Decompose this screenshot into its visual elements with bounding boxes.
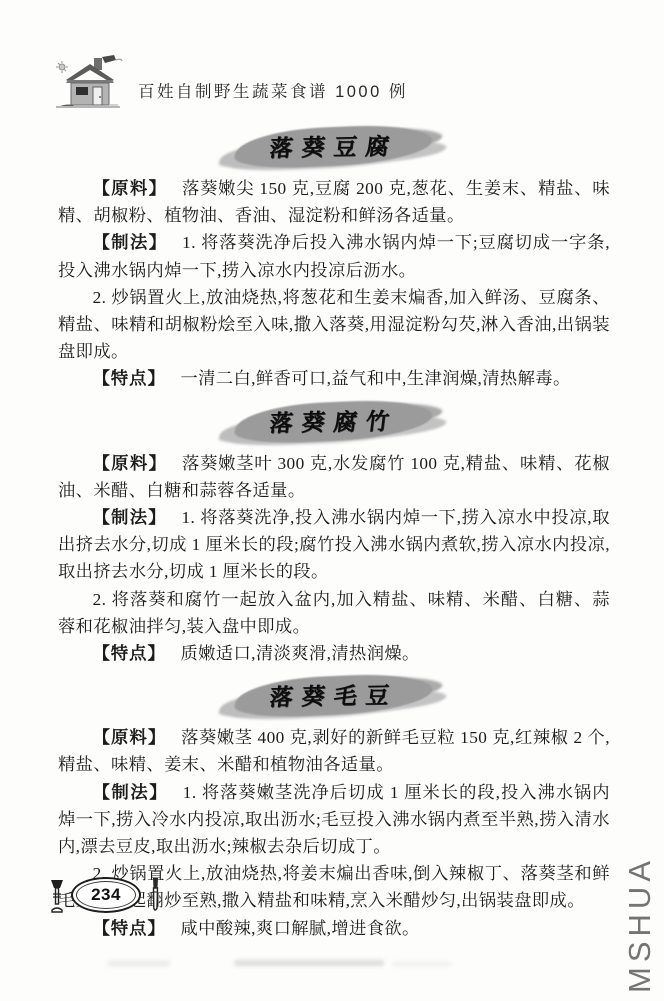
ingredients-paragraph: 【原料】落葵嫩尖 150 克,豆腐 200 克,葱花、生姜末、精盐、味精、胡椒粉…	[58, 175, 610, 229]
book-title: 百姓自制野生蔬菜食谱 1000 例	[138, 78, 408, 110]
features-paragraph: 【特点】咸中酸辣,爽口解腻,增进食欲。	[58, 915, 610, 942]
page-footer: 234	[46, 874, 166, 916]
recipe-title-banner: 落葵毛豆	[240, 673, 428, 717]
section-text: 2. 将落葵和腐竹一起放入盆内,加入精盐、味精、米醋、白糖、蒜蓉和花椒油拌匀,装…	[58, 590, 610, 636]
page-header: 百姓自制野生蔬菜食谱 1000 例	[52, 56, 608, 110]
page-number: 234	[91, 885, 121, 905]
section-text: 一清二白,鲜香可口,益气和中,生津润燥,清热解毒。	[180, 369, 570, 388]
section-label: 【原料】	[93, 178, 168, 198]
recipe-title-banner: 落葵腐竹	[240, 399, 428, 443]
section-label: 【特点】	[93, 368, 166, 388]
scan-smudge	[234, 960, 384, 966]
house-icon	[52, 54, 124, 110]
recipes-content: 落葵豆腐 【原料】落葵嫩尖 150 克,豆腐 200 克,葱花、生姜末、精盐、味…	[58, 118, 610, 942]
scan-smudge	[392, 962, 452, 966]
recipe-section-2: 落葵腐竹 【原料】落葵嫩茎叶 300 克,水发腐竹 100 克,精盐、味精、花椒…	[58, 399, 610, 668]
recipe-title-banner: 落葵豆腐	[240, 124, 428, 168]
recipe-section-1: 落葵豆腐 【原料】落葵嫩尖 150 克,豆腐 200 克,葱花、生姜末、精盐、味…	[58, 124, 610, 393]
section-label: 【制法】	[93, 782, 169, 802]
section-label: 【特点】	[93, 643, 166, 663]
wine-glass-icon	[46, 874, 68, 916]
method-step-paragraph: 【制法】1. 将落葵嫩茎洗净后切成 1 厘米长的段,投入沸水锅内焯一下,捞入冷水…	[58, 779, 610, 861]
section-label: 【原料】	[93, 453, 168, 473]
recipe-title: 落葵毛豆	[268, 677, 400, 712]
recipe-title: 落葵豆腐	[268, 128, 400, 163]
section-label: 【制法】	[93, 507, 167, 527]
page-number-plate: 234	[71, 877, 141, 913]
scan-smudge	[108, 961, 170, 966]
knife-icon	[144, 874, 166, 916]
watermark-text: MSHUA	[622, 856, 658, 993]
ingredients-paragraph: 【原料】落葵嫩茎 400 克,剥好的新鲜毛豆粒 150 克,红辣椒 2 个,精盐…	[58, 724, 610, 778]
section-label: 【制法】	[93, 232, 168, 252]
features-paragraph: 【特点】质嫩适口,清淡爽滑,清热润燥。	[58, 640, 610, 667]
section-label: 【特点】	[93, 918, 166, 938]
recipe-title: 落葵腐竹	[268, 403, 400, 438]
features-paragraph: 【特点】一清二白,鲜香可口,益气和中,生津润燥,清热解毒。	[58, 365, 610, 392]
book-page: 百姓自制野生蔬菜食谱 1000 例 落葵豆腐 【原料】落葵嫩尖 150 克,豆腐…	[0, 0, 664, 1001]
method-step-paragraph: 【制法】1. 将落葵洗净,投入沸水锅内焯一下,捞入凉水中投凉,取出挤去水分,切成…	[58, 504, 610, 586]
method-step-paragraph: 2. 炒锅置火上,放油烧热,将葱花和生姜末煸香,加入鲜汤、豆腐条、精盐、味精和胡…	[58, 284, 610, 366]
section-text: 2. 炒锅置火上,放油烧热,将葱花和生姜末煸香,加入鲜汤、豆腐条、精盐、味精和胡…	[58, 288, 610, 361]
section-text: 质嫩适口,清淡爽滑,清热润燥。	[180, 644, 419, 663]
method-step-paragraph: 2. 将落葵和腐竹一起放入盆内,加入精盐、味精、米醋、白糖、蒜蓉和花椒油拌匀,装…	[58, 586, 610, 640]
ingredients-paragraph: 【原料】落葵嫩茎叶 300 克,水发腐竹 100 克,精盐、味精、花椒油、米醋、…	[58, 450, 610, 504]
method-step-paragraph: 【制法】1. 将落葵洗净后投入沸水锅内焯一下;豆腐切成一字条,投入沸水锅内焯一下…	[58, 229, 610, 283]
section-label: 【原料】	[93, 727, 167, 747]
section-text: 咸中酸辣,爽口解腻,增进食欲。	[180, 919, 419, 938]
